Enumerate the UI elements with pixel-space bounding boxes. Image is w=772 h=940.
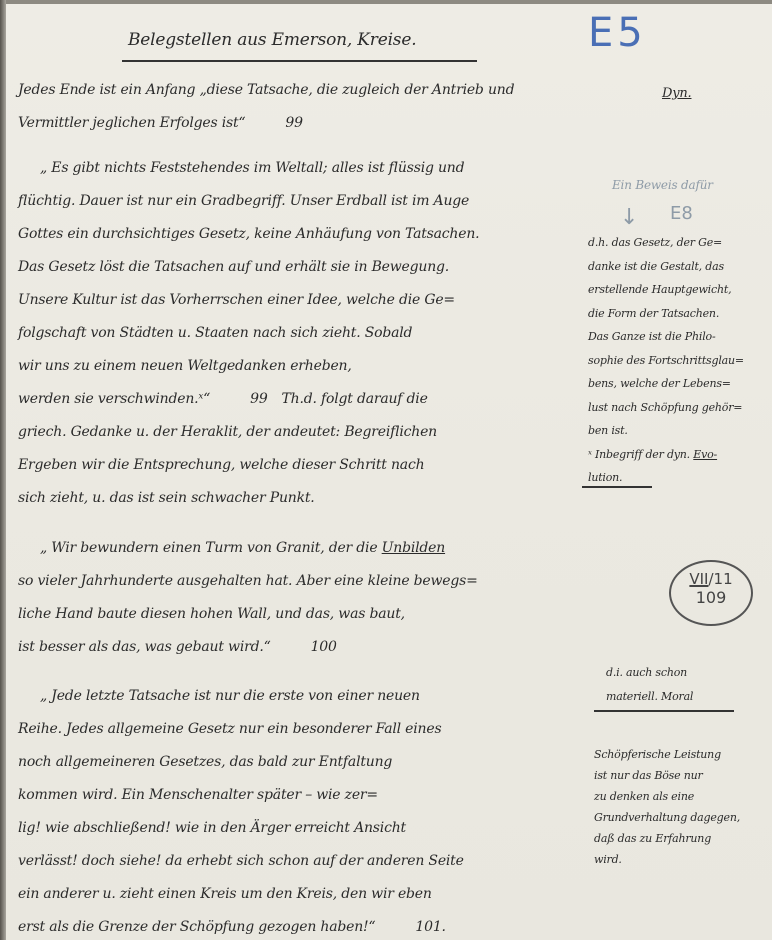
archive-stamp: VII/11 109 [669, 560, 753, 626]
underlined-word: Unbilden [382, 540, 445, 556]
line-text: Vermittler jeglichen Erfolges ist“ [18, 115, 245, 131]
line-text: werden sie verschwinden.ˣ“ [18, 391, 210, 407]
text-line: noch allgemeineren Gesetzes, das bald zu… [18, 754, 392, 770]
text-line: Reihe. Jedes allgemeine Gesetz nur ein b… [18, 721, 441, 737]
margin-line: sophie des Fortschrittsglau= [588, 354, 744, 367]
text-line: ein anderer u. zieht einen Kreis um den … [18, 886, 432, 902]
line-text: Reihe. Jedes allgemeine Gesetz nur ein b… [18, 721, 441, 737]
text-line: folgschaft von Städten u. Staaten nach s… [18, 325, 412, 341]
margin-line: daß das zu Erfahrung [594, 832, 711, 845]
pencil-ref: E8 [670, 203, 693, 224]
text-line: Ergeben wir die Entsprechung, welche die… [18, 457, 424, 473]
underlined-word: Evo- [693, 448, 717, 461]
page-reference: 101. [415, 919, 445, 935]
text-line: werden sie verschwinden.ˣ“99Th.d. folgt … [18, 391, 428, 407]
text-line: Das Gesetz löst die Tatsachen auf und er… [18, 259, 449, 275]
text-line: Vermittler jeglichen Erfolges ist“99 [18, 115, 303, 131]
line-text: sich zieht, u. das ist sein schwacher Pu… [18, 490, 315, 506]
text-line: Gottes ein durchsichtiges Gesetz, keine … [18, 226, 479, 242]
margin-line: d.h. das Gesetz, der Ge= [588, 236, 722, 249]
margin-line: lust nach Schöpfung gehör= [588, 401, 742, 414]
line-text: „ Es gibt nichts Feststehendes im Weltal… [40, 160, 464, 176]
margin-line: Schöpferische Leistung [594, 748, 721, 761]
line-text: flüchtig. Dauer ist nur ein Gradbegriff.… [18, 193, 469, 209]
text-line: sich zieht, u. das ist sein schwacher Pu… [18, 490, 315, 506]
line-text: „ Jede letzte Tatsache ist nur die erste… [40, 688, 420, 704]
line-text: so vieler Jahrhunderte ausgehalten hat. … [18, 573, 478, 589]
arrow-down-icon: ↓ [620, 205, 638, 230]
text-line: lig! wie abschließend! wie in den Ärger … [18, 820, 406, 836]
text-line: Unsere Kultur ist das Vorherrschen einer… [18, 292, 455, 308]
line-text: folgschaft von Städten u. Staaten nach s… [18, 325, 412, 341]
line-text: „ Wir bewundern einen Turm von Granit, d… [40, 540, 445, 556]
line-text: Das Gesetz löst die Tatsachen auf und er… [18, 259, 449, 275]
line-text: liche Hand baute diesen hohen Wall, und … [18, 606, 405, 622]
text-line: „ Wir bewundern einen Turm von Granit, d… [40, 540, 445, 556]
margin-line: ist nur das Böse nur [594, 769, 703, 782]
text-line: „ Jede letzte Tatsache ist nur die erste… [40, 688, 420, 704]
text-line: liche Hand baute diesen hohen Wall, und … [18, 606, 405, 622]
margin-line: die Form der Tatsachen. [588, 307, 719, 320]
stamp-folder: /11 [708, 570, 732, 588]
page-reference: 100 [311, 639, 337, 655]
page-reference: 99 [285, 115, 302, 131]
stamp-page: 109 [671, 588, 751, 607]
line-text: lig! wie abschließend! wie in den Ärger … [18, 820, 406, 836]
text-line: wir uns zu einem neuen Weltgedanken erhe… [18, 358, 352, 374]
margin-line: danke ist die Gestalt, das [588, 260, 724, 273]
margin-line: wird. [594, 853, 622, 866]
line-tail: Th.d. folgt darauf die [282, 391, 428, 407]
margin-line: Das Ganze ist die Philo- [588, 330, 715, 343]
margin-line: bens, welche der Lebens= [588, 377, 731, 390]
line-text: Gottes ein durchsichtiges Gesetz, keine … [18, 226, 479, 242]
margin-heading: Dyn. [662, 86, 691, 101]
margin-rule-2 [594, 710, 734, 712]
text-line: verlässt! doch siehe! da erhebt sich sch… [18, 853, 464, 869]
page-reference: 99 [250, 391, 267, 407]
text-line: kommen wird. Ein Menschenalter später – … [18, 787, 378, 803]
document-title: Belegstellen aus Emerson, Kreise. [128, 30, 416, 50]
margin-line: zu denken als eine [594, 790, 694, 803]
text-line: erst als die Grenze der Schöpfung gezoge… [18, 919, 446, 935]
margin-rule-1 [582, 486, 652, 488]
margin-line: Grundverhaltung dagegen, [594, 811, 740, 824]
line-text: Ergeben wir die Entsprechung, welche die… [18, 457, 424, 473]
pencil-note: Ein Beweis dafür [612, 178, 713, 192]
line-text: ist besser als das, was gebaut wird.“ [18, 639, 271, 655]
margin-line: lution. [588, 471, 622, 484]
line-text: verlässt! doch siehe! da erhebt sich sch… [18, 853, 464, 869]
title-underline [122, 60, 477, 62]
text-line: ist besser als das, was gebaut wird.“100 [18, 639, 337, 655]
text-line: so vieler Jahrhunderte ausgehalten hat. … [18, 573, 478, 589]
line-text: wir uns zu einem neuen Weltgedanken erhe… [18, 358, 352, 374]
margin-line: ˣ Inbegriff der dyn. Evo- [588, 448, 717, 461]
line-text: kommen wird. Ein Menschenalter später – … [18, 787, 378, 803]
margin-line: materiell. Moral [606, 690, 693, 703]
text-line: griech. Gedanke u. der Heraklit, der and… [18, 424, 437, 440]
line-text: Jedes Ende ist ein Anfang „diese Tatsach… [18, 82, 514, 98]
archive-mark: E5 [588, 10, 647, 56]
margin-line: erstellende Hauptgewicht, [588, 283, 731, 296]
line-text: ein anderer u. zieht einen Kreis um den … [18, 886, 432, 902]
line-text: erst als die Grenze der Schöpfung gezoge… [18, 919, 375, 935]
text-line: flüchtig. Dauer ist nur ein Gradbegriff.… [18, 193, 469, 209]
margin-line: d.i. auch schon [606, 666, 687, 679]
stamp-roman: VII [689, 570, 708, 588]
text-line: „ Es gibt nichts Feststehendes im Weltal… [40, 160, 464, 176]
text-line: Jedes Ende ist ein Anfang „diese Tatsach… [18, 82, 514, 98]
line-text: griech. Gedanke u. der Heraklit, der and… [18, 424, 437, 440]
line-text: Unsere Kultur ist das Vorherrschen einer… [18, 292, 455, 308]
line-text: noch allgemeineren Gesetzes, das bald zu… [18, 754, 392, 770]
margin-line: ben ist. [588, 424, 628, 437]
